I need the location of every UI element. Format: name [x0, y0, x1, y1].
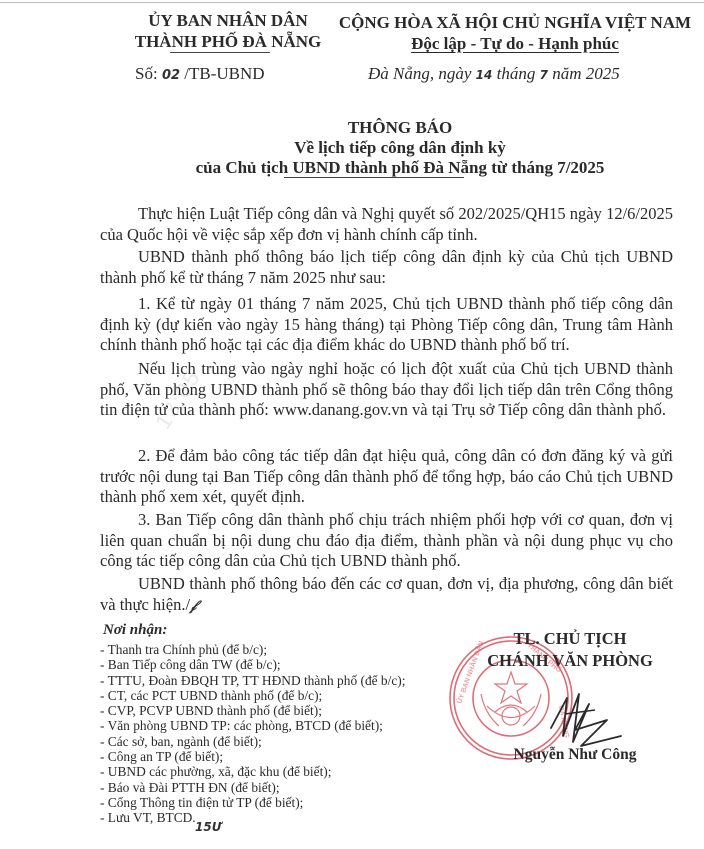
list-item: - Các sở, ban, ngành (để biết);: [100, 734, 405, 749]
recipients-title: Nơi nhận:: [103, 622, 167, 639]
date-month-label: tháng: [497, 64, 536, 83]
paragraph-legal-basis: Thực hiện Luật Tiếp công dân và Nghị quy…: [100, 204, 673, 245]
closing-text: UBND thành phố thông báo đến các cơ quan…: [100, 574, 673, 614]
list-item: - Lưu VT, BTCD.: [100, 810, 405, 825]
paragraph-announcement: UBND thành phố thông báo lịch tiếp công …: [100, 247, 673, 288]
paragraph-schedule-change: Nếu lịch trùng vào ngày nghỉ hoặc có lịc…: [100, 359, 673, 421]
number-suffix: /TB-UBND: [184, 64, 264, 83]
handwritten-code: 15Ư: [195, 820, 221, 834]
title-line-1: THÔNG BÁO: [100, 118, 700, 138]
recipients-list: - Thanh tra Chính phủ (để b/c); - Ban Ti…: [100, 642, 405, 826]
paragraph-text: UBND thành phố thông báo lịch tiếp công …: [100, 247, 673, 288]
motto-text: Độc lập - Tự do - Hạnh phúc: [411, 34, 619, 53]
agency-line-1: ỦY BAN NHÂN DÂN: [118, 10, 338, 31]
issuing-agency: ỦY BAN NHÂN DÂN THÀNH PHỐ ĐÀ NẴNG: [118, 10, 338, 52]
signature-authority: TL. CHỦ TỊCH: [470, 628, 670, 650]
list-item: - CVP, PCVP UBND thành phố (để biết);: [100, 703, 405, 718]
paragraph-text: 2. Để đảm bảo công tác tiếp dân đạt hiệu…: [100, 446, 673, 508]
date-place: Đà Nẵng, ngày: [368, 64, 471, 83]
date-month: 7: [540, 68, 548, 82]
list-item: - Ban Tiếp công dân TW (để b/c);: [100, 657, 405, 672]
list-item: - Công an TP (để biết);: [100, 749, 405, 764]
list-item: - CT, các PCT UBND thành phố (để b/c);: [100, 688, 405, 703]
list-item: - TTTU, Đoàn ĐBQH TP, TT HĐND thành phố …: [100, 673, 405, 688]
date-year: năm 2025: [552, 64, 620, 83]
list-item: - Thanh tra Chính phủ (để b/c);: [100, 642, 405, 657]
national-header: CỘNG HÒA XÃ HỘI CHỦ NGHĨA VIỆT NAM Độc l…: [330, 12, 700, 54]
national-motto: Độc lập - Tự do - Hạnh phúc: [330, 33, 700, 54]
title-line-2: Về lịch tiếp công dân định kỳ: [100, 138, 700, 158]
signature-block: TL. CHỦ TỊCH CHÁNH VĂN PHÒNG: [470, 628, 670, 672]
list-item: - UBND các phường, xã, đặc khu (để biết)…: [100, 764, 405, 779]
page-top-border: [0, 2, 704, 3]
country-name: CỘNG HÒA XÃ HỘI CHỦ NGHĨA VIỆT NAM: [330, 12, 700, 33]
list-item: - Cổng Thông tin điện tử TP (để biết);: [100, 795, 405, 810]
signer-name: Nguyễn Như Công: [480, 746, 670, 764]
paragraph-item-2: 2. Để đảm bảo công tác tiếp dân đạt hiệu…: [100, 446, 673, 508]
agency-line-2: THÀNH PHỐ ĐÀ NẴNG: [118, 31, 338, 52]
paragraph-item-1: 1. Kể từ ngày 01 tháng 7 năm 2025, Chủ t…: [100, 294, 673, 356]
paragraph-text: Nếu lịch trùng vào ngày nghỉ hoặc có lịc…: [100, 359, 673, 421]
paragraph-text: Thực hiện Luật Tiếp công dân và Nghị quy…: [100, 204, 673, 245]
date-day: 14: [476, 68, 493, 82]
paragraph-closing: UBND thành phố thông báo đến các cơ quan…: [100, 574, 673, 616]
document-date: Đà Nẵng, ngày 14 tháng 7 năm 2025: [368, 64, 620, 84]
signature-position: CHÁNH VĂN PHÒNG: [470, 650, 670, 672]
document-title: THÔNG BÁO Về lịch tiếp công dân định kỳ …: [100, 118, 700, 178]
list-item: - Báo và Đài PTTH ĐN (để biết);: [100, 780, 405, 795]
document-number: Số: 02 /TB-UBND: [135, 64, 265, 84]
paragraph-closing-text: UBND thành phố thông báo đến các cơ quan…: [100, 574, 673, 616]
title-underline: [284, 177, 464, 178]
list-item: - Văn phòng UBND TP: các phòng, BTCD (để…: [100, 718, 405, 733]
number-handwritten: 02: [162, 68, 180, 83]
paragraph-text: 3. Ban Tiếp công dân thành phố chịu trác…: [100, 510, 673, 572]
paragraph-text: 1. Kể từ ngày 01 tháng 7 năm 2025, Chủ t…: [100, 294, 673, 356]
number-prefix: Số:: [135, 64, 158, 83]
handwritten-initial: 𝒻: [190, 598, 196, 614]
title-line-3: của Chủ tịch UBND thành phố Đà Nẵng từ t…: [100, 158, 700, 178]
paragraph-item-3: 3. Ban Tiếp công dân thành phố chịu trác…: [100, 510, 673, 572]
agency-underline: [170, 52, 270, 53]
